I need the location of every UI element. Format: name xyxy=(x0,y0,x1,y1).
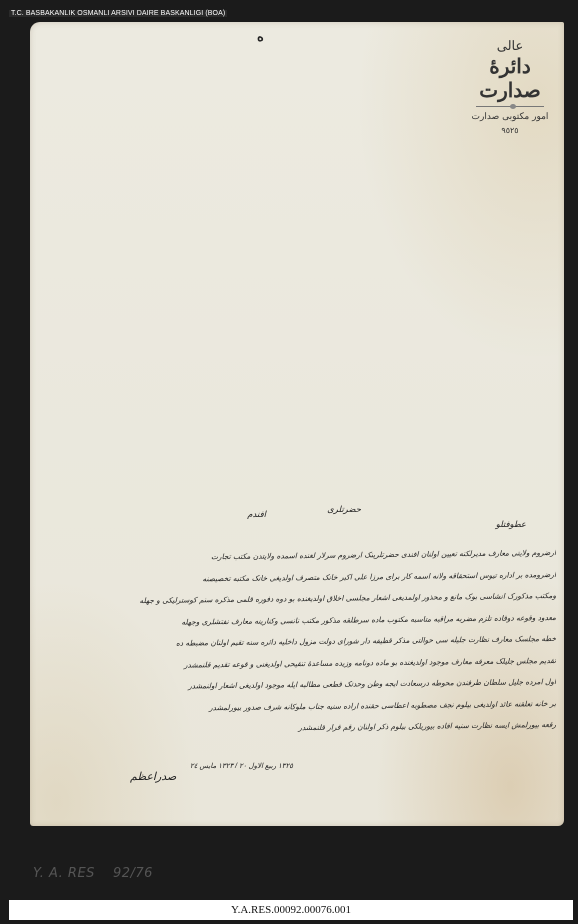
date-note: ١٣٢٥ ربیع الاول ٢٠ / ١٣٢٣ مايس ٢٤ xyxy=(190,762,293,770)
salutation-hazretleri: حضرتلری xyxy=(327,505,361,515)
opening-word: عطوفتلو xyxy=(496,520,526,530)
letterhead: عالى دائرهٔ صدارت امور مکتوبی صدارت ٩٥٢٥ xyxy=(470,40,550,137)
letterhead-divider xyxy=(476,106,544,107)
reference-code-caption: Y.A.RES.00092.00076.001 xyxy=(9,900,573,920)
shelfmark-fond: Y. A. RES xyxy=(33,866,95,881)
letterhead-title: دائرهٔ صدارت xyxy=(470,54,550,102)
shelfmark-number: 92/76 xyxy=(113,866,153,881)
signature: صدراعظم xyxy=(130,770,176,783)
letterhead-number: ٩٥٢٥ xyxy=(470,125,550,137)
salutation-efendim: افندم xyxy=(247,510,266,520)
text-lines: ارضروم ولایتی معارف مدیرلکنه تعیین اولنا… xyxy=(26,542,556,736)
letterhead-tughra: عالى xyxy=(470,40,550,54)
archive-header-label: T.C. BASBAKANLIK OSMANLI ARSIVI DAIRE BA… xyxy=(9,10,227,17)
folio-mark: ه xyxy=(257,30,264,45)
handwritten-shelfmark: Y. A. RES92/76 xyxy=(33,866,153,881)
letterhead-subtitle: امور مکتوبی صدارت xyxy=(470,111,550,123)
